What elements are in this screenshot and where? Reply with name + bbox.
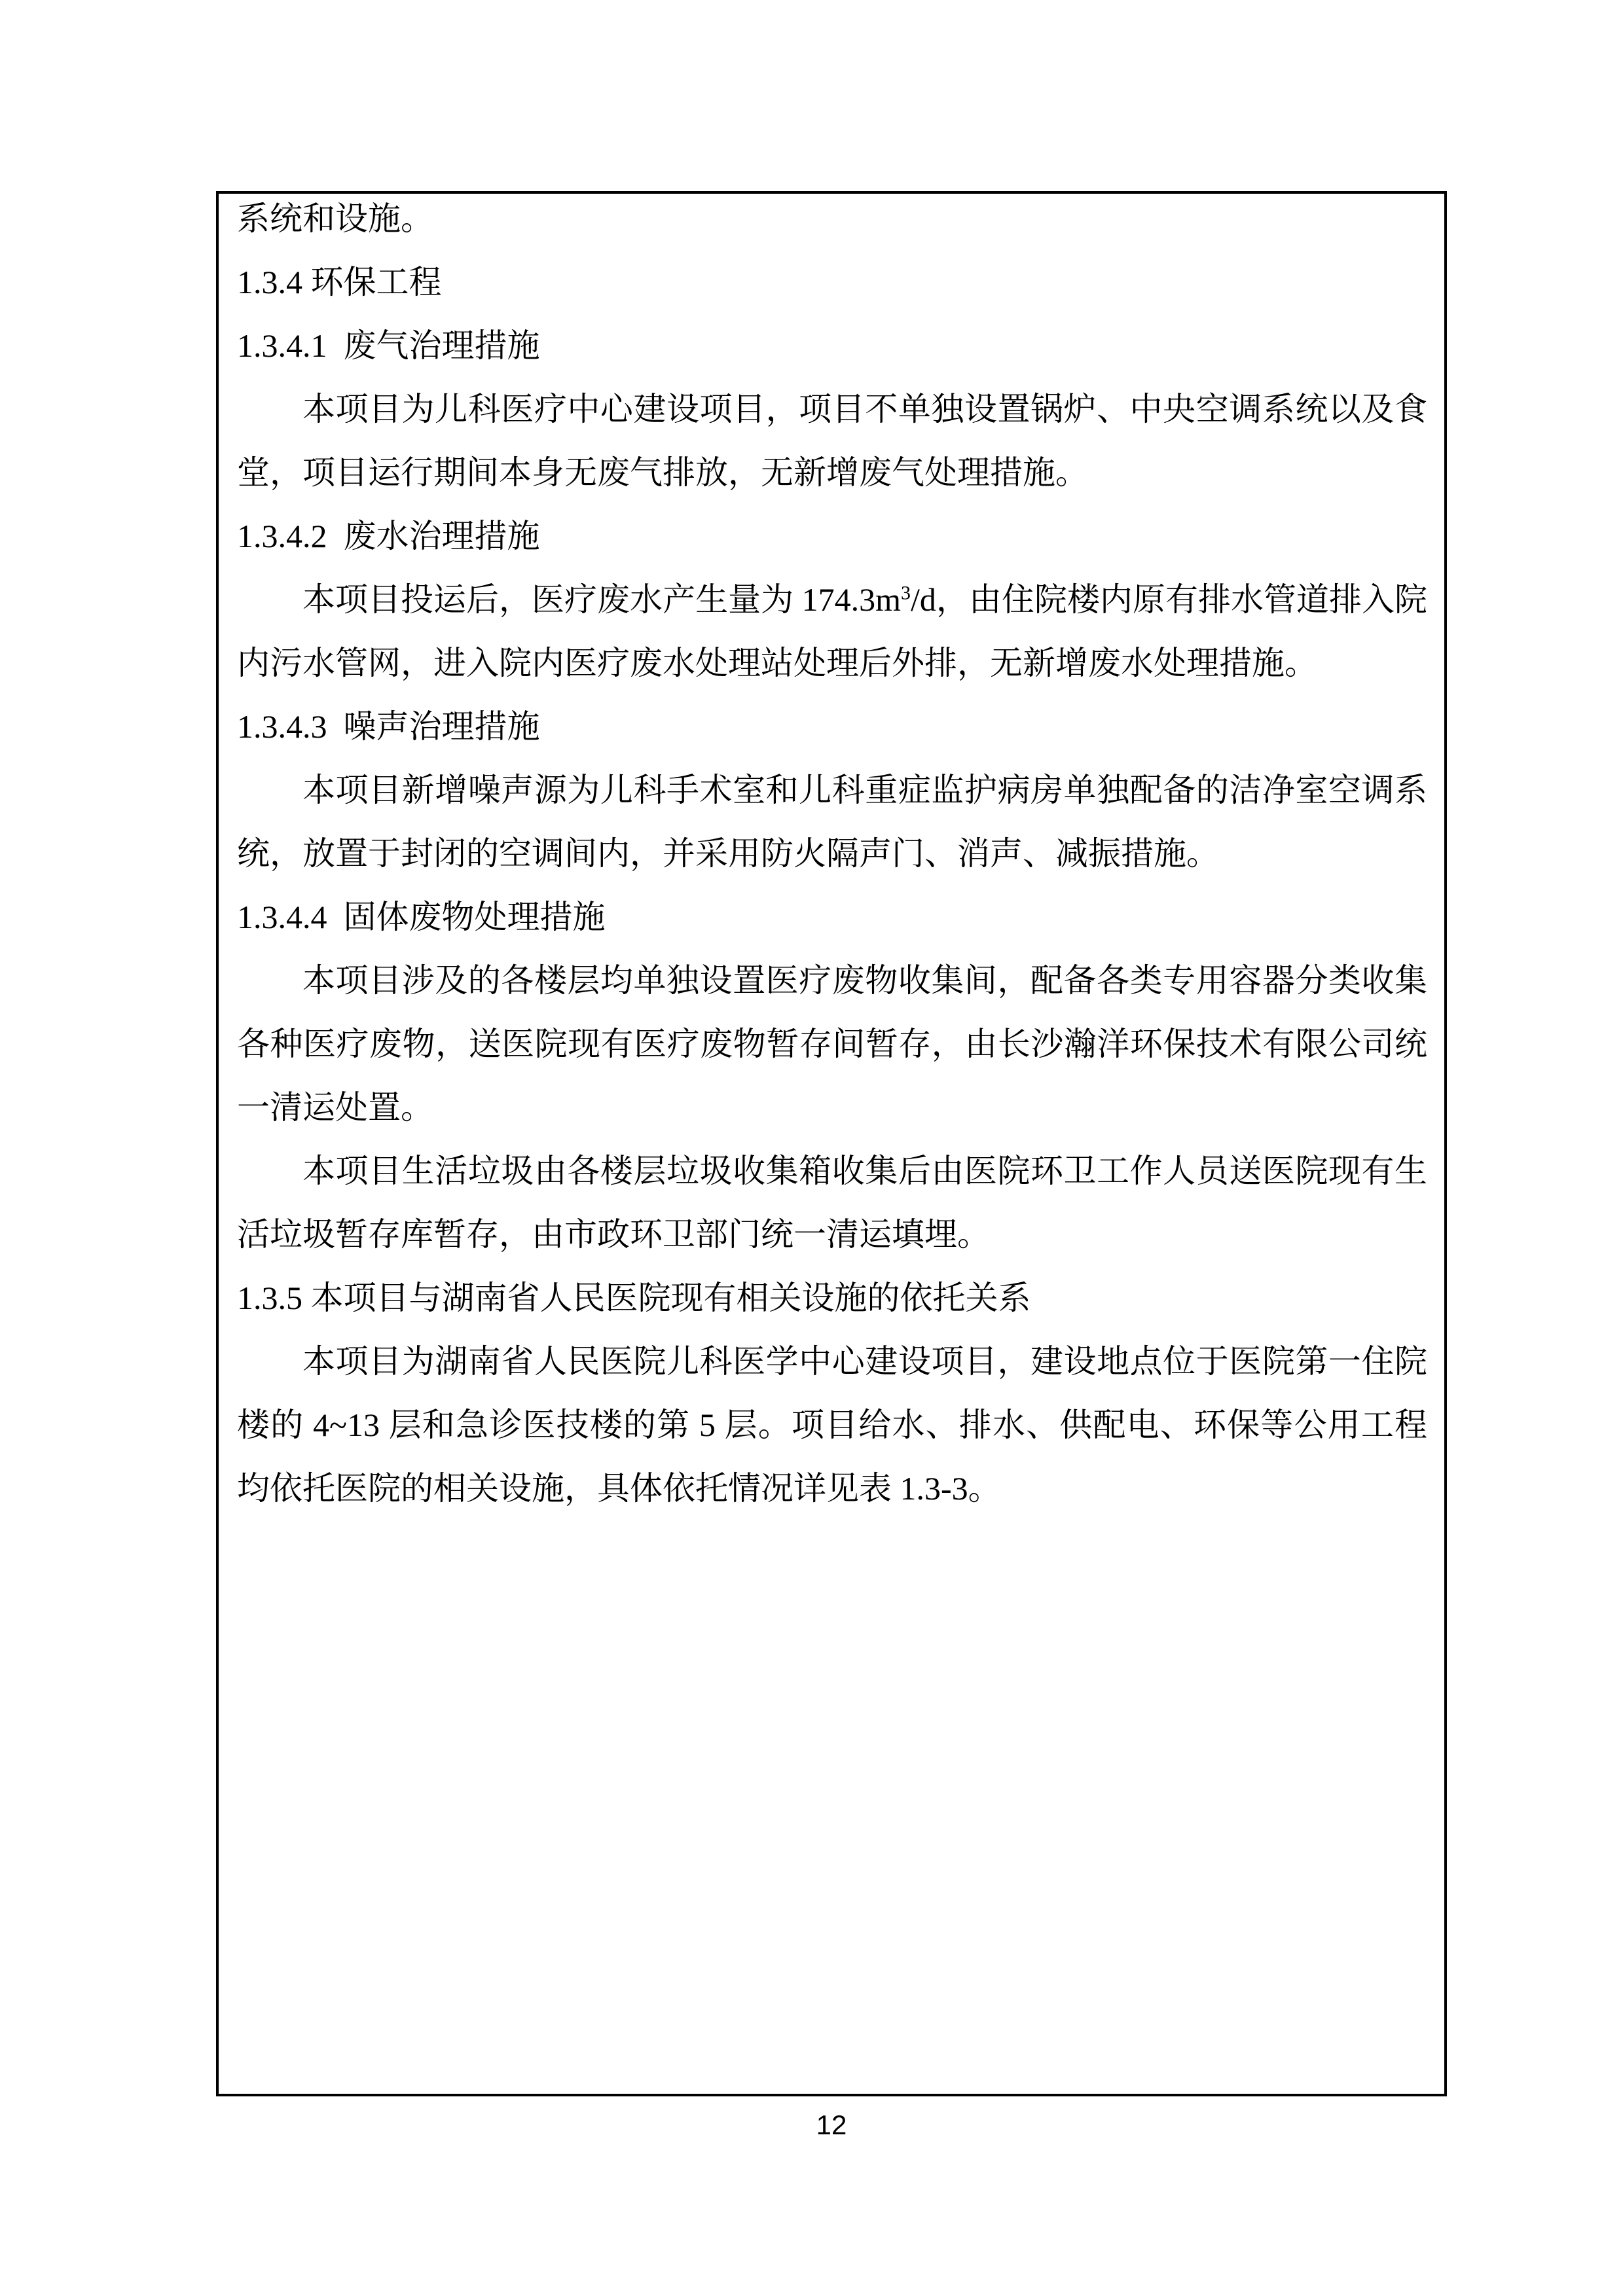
page-number: 12	[216, 2109, 1447, 2142]
document-border-box: 系统和设施。 1.3.4 环保工程 1.3.4.1 废气治理措施 本项目为儿科医…	[216, 191, 1447, 2096]
document-text-area: 系统和设施。 1.3.4 环保工程 1.3.4.1 废气治理措施 本项目为儿科医…	[237, 187, 1427, 1520]
section-heading: 1.3.4.3 噪声治理措施	[237, 695, 1427, 759]
body-text-paragraph: 本项目生活垃圾由各楼层垃圾收集箱收集后由医院环卫工作人员送医院现有生活垃圾暂存库…	[237, 1139, 1427, 1266]
section-heading: 1.3.4.2 废水治理措施	[237, 505, 1427, 568]
section-heading: 1.3.4 环保工程	[237, 251, 1427, 314]
document-page: 系统和设施。 1.3.4 环保工程 1.3.4.1 废气治理措施 本项目为儿科医…	[0, 0, 1623, 2296]
body-text-paragraph: 本项目为湖南省人民医院儿科医学中心建设项目，建设地点位于医院第一住院楼的 4~1…	[237, 1330, 1427, 1520]
body-text-paragraph: 本项目涉及的各楼层均单独设置医疗废物收集间，配备各类专用容器分类收集各种医疗废物…	[237, 949, 1427, 1139]
body-text-paragraph: 本项目为儿科医疗中心建设项目，项目不单独设置锅炉、中央空调系统以及食堂，项目运行…	[237, 378, 1427, 505]
section-heading: 1.3.4.1 废气治理措施	[237, 314, 1427, 378]
paragraph-text-segment: 本项目投运后，医疗废水产生量为 174.3m	[302, 581, 901, 618]
body-text-paragraph: 系统和设施。	[237, 187, 1427, 251]
body-text-paragraph: 本项目投运后，医疗废水产生量为 174.3m3/d，由住院楼内原有排水管道排入院…	[237, 568, 1427, 695]
section-heading: 1.3.5 本项目与湖南省人民医院现有相关设施的依托关系	[237, 1266, 1427, 1330]
body-text-paragraph: 本项目新增噪声源为儿科手术室和儿科重症监护病房单独配备的洁净室空调系统，放置于封…	[237, 759, 1427, 886]
section-heading: 1.3.4.4 固体废物处理措施	[237, 886, 1427, 949]
superscript: 3	[901, 582, 911, 603]
